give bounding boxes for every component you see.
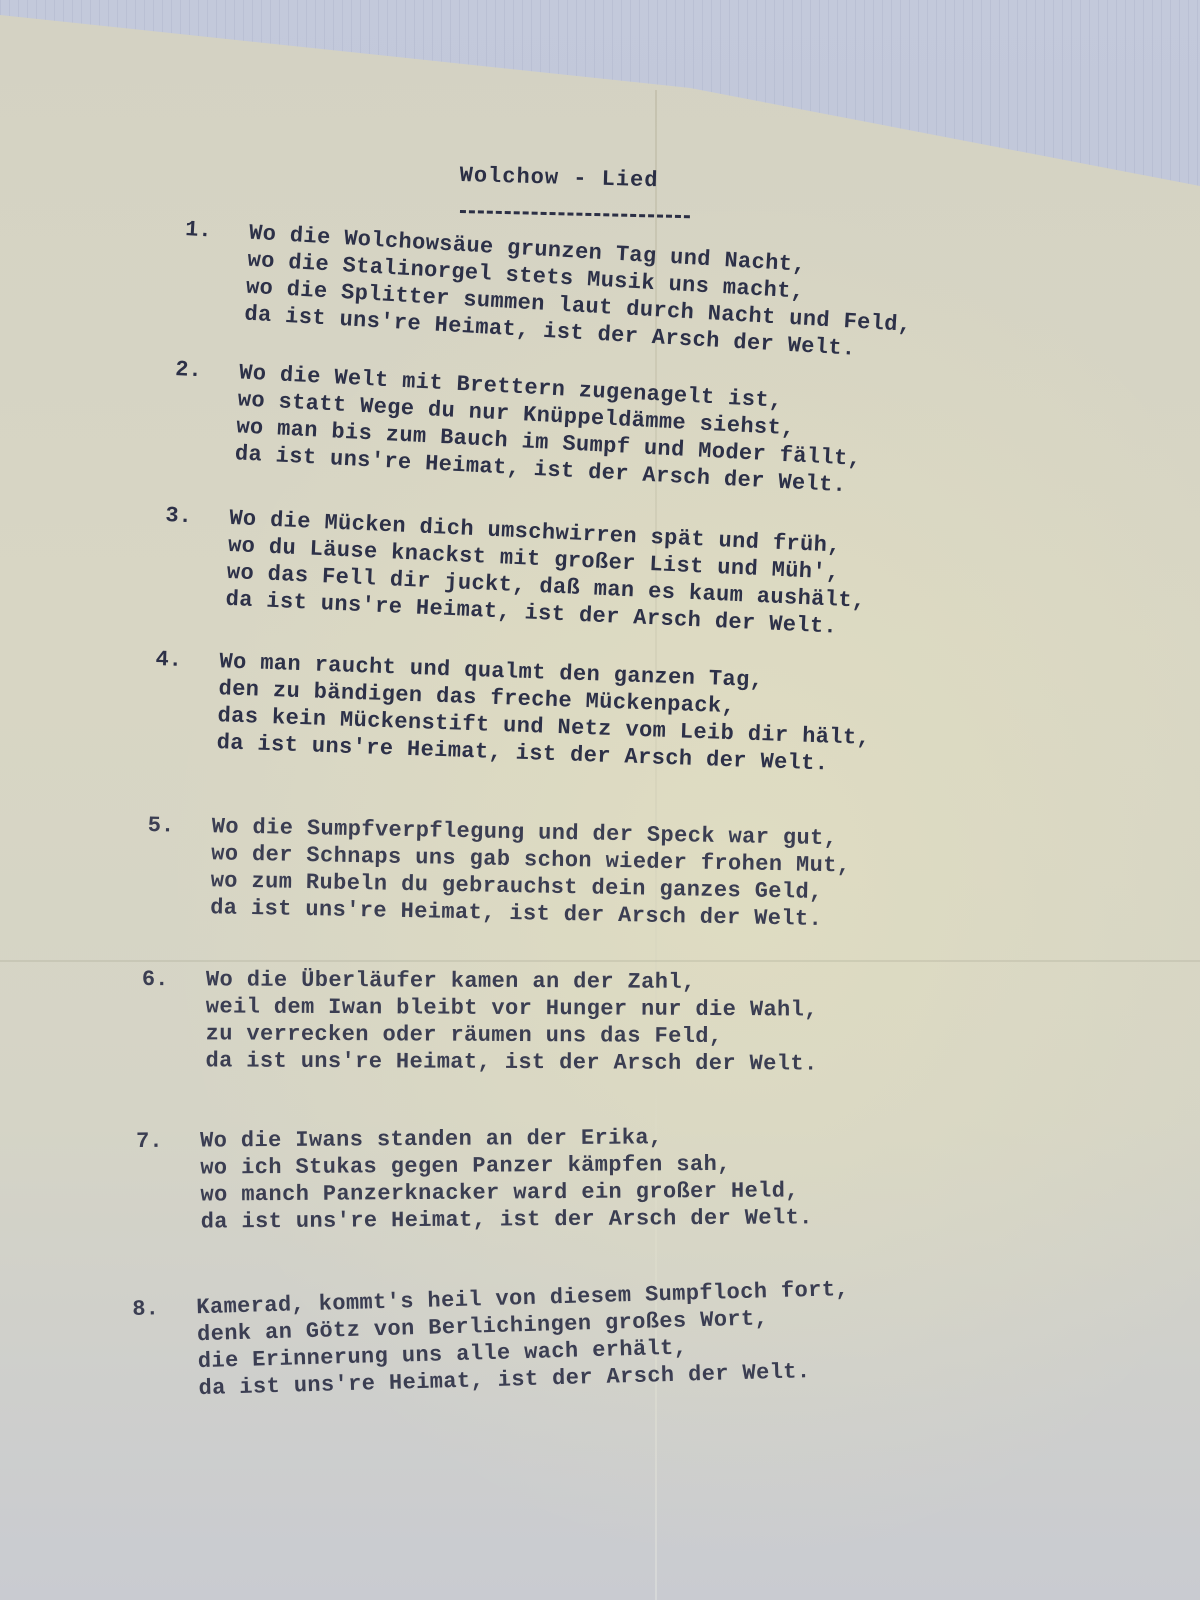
verse-line: wo manch Panzerknacker ward ein großer H… [200, 1177, 812, 1208]
verse-line: Wo die Überläufer kamen an der Zahl, [206, 966, 818, 996]
verse-line: zu verrecken oder räumen uns das Feld, [206, 1020, 818, 1050]
verse-number: 6. [142, 966, 169, 993]
verse-number: 2. [175, 356, 203, 384]
song-title: Wolchow - Lied [459, 163, 658, 193]
verse-line: da ist uns're Heimat, ist der Arsch der … [205, 1047, 817, 1077]
verse-line: wo ich Stukas gegen Panzer kämpfen sah, [200, 1150, 812, 1181]
verse-line: weil dem Iwan bleibt vor Hunger nur die … [206, 993, 818, 1023]
verse-number: 4. [155, 646, 182, 674]
typewritten-sheet: Wolchow - Lied 1. Wo die Wolchowsäue gru… [0, 0, 1200, 1600]
verse-number: 5. [147, 812, 174, 840]
verse-number: 3. [165, 502, 193, 530]
verse-line: Wo die Iwans standen an der Erika, [200, 1123, 812, 1154]
verse-line: da ist uns're Heimat, ist der Arsch der … [201, 1204, 813, 1235]
verse-number: 7. [136, 1128, 163, 1155]
verse-number: 1. [184, 216, 212, 244]
horizontal-fold-crease [0, 960, 1200, 962]
verse-number: 8. [132, 1295, 159, 1323]
